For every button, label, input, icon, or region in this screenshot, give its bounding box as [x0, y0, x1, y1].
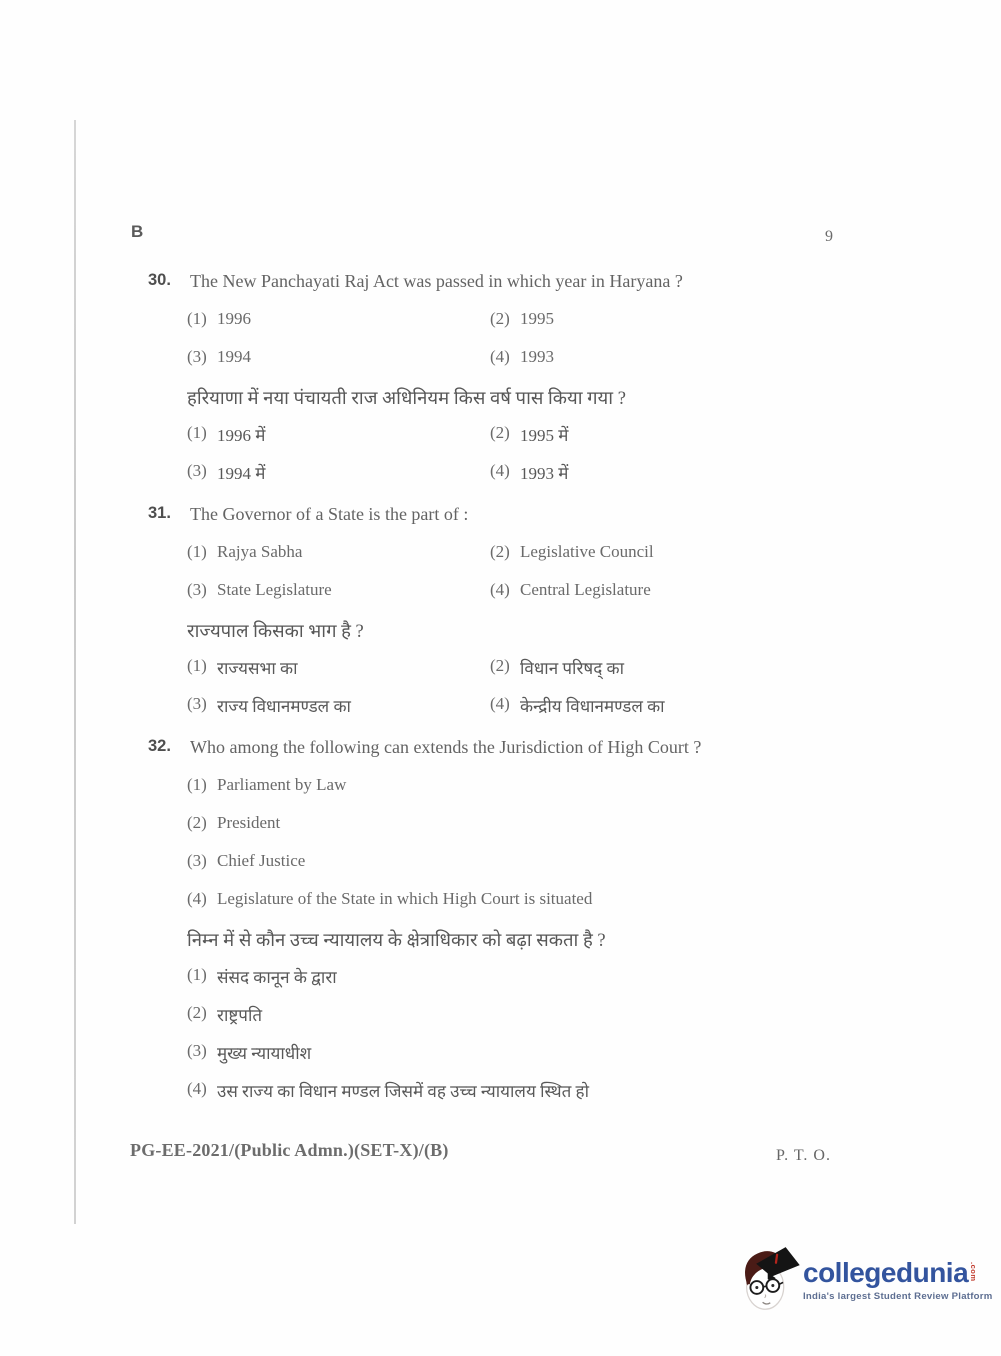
option-number: (2): [187, 1003, 217, 1041]
option-text: राज्यसभा का: [217, 656, 298, 694]
option-number: (1): [187, 965, 217, 1003]
option-text: केन्द्रीय विधानमण्डल का: [520, 694, 665, 732]
option-number: (3): [187, 347, 217, 385]
option-en-4: (4) Legislature of the State in which Hi…: [148, 889, 864, 927]
option-text: 1993 में: [520, 461, 568, 499]
option-hi-3: (3) मुख्य न्यायाधीश: [148, 1041, 864, 1079]
option-number: (2): [187, 813, 217, 851]
question-text-en: The Governor of a State is the part of :: [190, 504, 468, 525]
option-text: President: [217, 813, 280, 851]
logo-tagline: India's largest Student Review Platform: [803, 1291, 993, 1302]
option-hi-3: (3) राज्य विधानमण्डल का: [187, 694, 490, 732]
option-hi-2: (2) राष्ट्रपति: [148, 1003, 864, 1041]
option-number: (1): [187, 309, 217, 347]
question-31-options-en: (1) Rajya Sabha (2) Legislative Council …: [148, 542, 864, 618]
set-letter: B: [131, 222, 143, 242]
option-number: (1): [187, 656, 217, 694]
option-number: (4): [490, 461, 520, 499]
option-number: (3): [187, 461, 217, 499]
option-text: Rajya Sabha: [217, 542, 302, 580]
option-text: 1995: [520, 309, 554, 347]
option-text: संसद कानून के द्वारा: [217, 965, 337, 1003]
question-32-header: 32. Who among the following can extends …: [148, 737, 864, 775]
question-30-options-en: (1) 1996 (2) 1995 (3) 1994 (4) 1993: [148, 309, 864, 385]
option-hi-2: (2) 1995 में: [490, 423, 864, 461]
option-number: (1): [187, 542, 217, 580]
question-30-header: 30. The New Panchayati Raj Act was passe…: [148, 271, 864, 309]
question-text-en: The New Panchayati Raj Act was passed in…: [190, 271, 683, 292]
question-31-text-hi: राज्यपाल किसका भाग है ?: [148, 618, 864, 656]
scan-edge-line: [74, 120, 76, 1224]
question-number: 31.: [148, 504, 178, 523]
option-number: (3): [187, 580, 217, 618]
option-number: (2): [490, 423, 520, 461]
logo-brand-text: collegedunia: [803, 1258, 968, 1288]
option-text: 1996 में: [217, 423, 265, 461]
option-number: (3): [187, 1041, 217, 1079]
question-32: 32. Who among the following can extends …: [148, 737, 864, 1117]
option-text: State Legislature: [217, 580, 332, 618]
option-number: (3): [187, 694, 217, 732]
option-text: 1996: [217, 309, 251, 347]
option-en-4: (4) 1993: [490, 347, 864, 385]
option-text: उस राज्य का विधान मण्डल जिसमें वह उच्च न…: [217, 1079, 589, 1117]
option-number: (1): [187, 775, 217, 813]
question-30: 30. The New Panchayati Raj Act was passe…: [148, 271, 864, 499]
questions-area: 30. The New Panchayati Raj Act was passe…: [148, 266, 864, 1117]
option-text: Legislature of the State in which High C…: [217, 889, 592, 927]
option-en-3: (3) State Legislature: [187, 580, 490, 618]
option-text: 1994: [217, 347, 251, 385]
option-text: 1995 में: [520, 423, 568, 461]
question-number: 30.: [148, 271, 178, 290]
option-en-3: (3) 1994: [187, 347, 490, 385]
question-31-options-hi: (1) राज्यसभा का (2) विधान परिषद् का (3) …: [148, 656, 864, 732]
option-number: (2): [490, 656, 520, 694]
logo-domain-text: .com: [969, 1262, 978, 1282]
option-number: (4): [490, 694, 520, 732]
option-hi-2: (2) विधान परिषद् का: [490, 656, 864, 694]
option-number: (4): [490, 347, 520, 385]
question-32-text-hi: निम्न में से कौन उच्च न्यायालय के क्षेत्…: [148, 927, 864, 965]
option-text: Chief Justice: [217, 851, 305, 889]
option-en-4: (4) Central Legislature: [490, 580, 864, 618]
question-31: 31. The Governor of a State is the part …: [148, 504, 864, 732]
option-en-2: (2) President: [148, 813, 864, 851]
option-text: Central Legislature: [520, 580, 651, 618]
option-en-2: (2) Legislative Council: [490, 542, 864, 580]
option-en-2: (2) 1995: [490, 309, 864, 347]
paper-code: PG-EE-2021/(Public Admn.)(SET-X)/(B): [130, 1140, 449, 1161]
option-en-1: (1) Parliament by Law: [148, 775, 864, 813]
exam-paper-page: B 9 30. The New Panchayati Raj Act was p…: [0, 0, 1001, 1356]
option-hi-4: (4) 1993 में: [490, 461, 864, 499]
option-hi-1: (1) संसद कानून के द्वारा: [148, 965, 864, 1003]
option-number: (4): [187, 1079, 217, 1117]
logo-text-column: collegedunia .com India's largest Studen…: [803, 1244, 993, 1302]
option-hi-3: (3) 1994 में: [187, 461, 490, 499]
question-number: 32.: [148, 737, 178, 756]
option-number: (4): [490, 580, 520, 618]
option-text: Parliament by Law: [217, 775, 346, 813]
option-text: मुख्य न्यायाधीश: [217, 1041, 311, 1079]
option-number: (1): [187, 423, 217, 461]
question-text-hi: राज्यपाल किसका भाग है ?: [187, 618, 364, 643]
collegedunia-logo: collegedunia .com India's largest Studen…: [737, 1244, 993, 1322]
option-text: 1993: [520, 347, 554, 385]
collegedunia-mascot-icon: [737, 1244, 801, 1322]
option-en-3: (3) Chief Justice: [148, 851, 864, 889]
option-text: राज्य विधानमण्डल का: [217, 694, 351, 732]
option-text: 1994 में: [217, 461, 265, 499]
question-text-hi: हरियाणा में नया पंचायती राज अधिनियम किस …: [187, 385, 626, 410]
question-text-en: Who among the following can extends the …: [190, 737, 701, 758]
pto-label: P. T. O.: [776, 1147, 831, 1165]
option-text: Legislative Council: [520, 542, 654, 580]
question-30-text-hi: हरियाणा में नया पंचायती राज अधिनियम किस …: [148, 385, 864, 423]
option-hi-4: (4) उस राज्य का विधान मण्डल जिसमें वह उच…: [148, 1079, 864, 1117]
question-31-header: 31. The Governor of a State is the part …: [148, 504, 864, 542]
option-en-1: (1) 1996: [187, 309, 490, 347]
option-number: (2): [490, 542, 520, 580]
page-number: 9: [825, 228, 833, 246]
question-30-options-hi: (1) 1996 में (2) 1995 में (3) 1994 में (…: [148, 423, 864, 499]
option-en-1: (1) Rajya Sabha: [187, 542, 490, 580]
option-text: राष्ट्रपति: [217, 1003, 262, 1041]
option-number: (2): [490, 309, 520, 347]
option-hi-4: (4) केन्द्रीय विधानमण्डल का: [490, 694, 864, 732]
question-text-hi: निम्न में से कौन उच्च न्यायालय के क्षेत्…: [187, 927, 606, 952]
option-hi-1: (1) 1996 में: [187, 423, 490, 461]
option-text: विधान परिषद् का: [520, 656, 624, 694]
option-hi-1: (1) राज्यसभा का: [187, 656, 490, 694]
option-number: (3): [187, 851, 217, 889]
option-number: (4): [187, 889, 217, 927]
